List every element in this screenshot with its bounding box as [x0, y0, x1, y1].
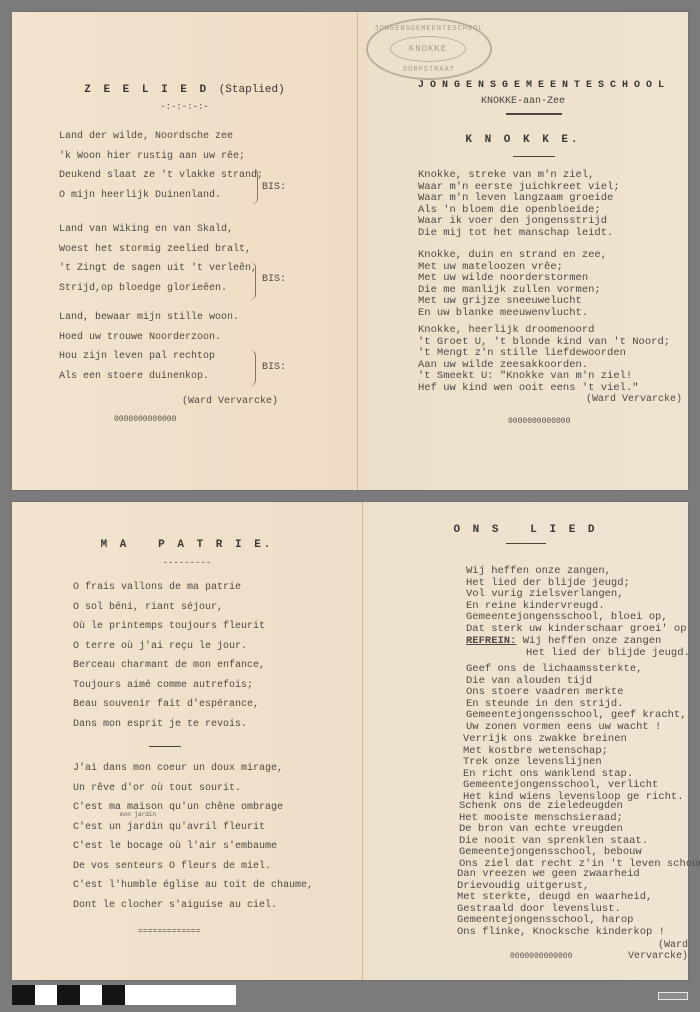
verse-line: Waar m'n leven langzaam groeide [418, 193, 620, 205]
separator [149, 746, 181, 747]
scale-marker [658, 992, 688, 1000]
poem-title: M A P A T R I E. [12, 539, 362, 551]
verse-line: Die mij tot het manschap leidt. [418, 228, 620, 240]
color-scale-strip [12, 985, 236, 1005]
bis-label: BIS: [262, 182, 286, 193]
bis-brace [250, 262, 256, 300]
scale-white-block [35, 985, 57, 1005]
verse-line: Hef uw kind wen ooit eens 't viel." [418, 383, 670, 395]
bis-label: BIS: [262, 274, 286, 285]
verse-line: C'est le bocage où l'air s'embaume [73, 837, 313, 857]
verse-line: Knokke, duin en strand en zee, [418, 250, 607, 262]
stanza: Knokke, heerlijk droomenoord 't Groet U,… [418, 325, 670, 394]
verse-line: Un rêve d'or où tout sourit. [73, 779, 313, 799]
verse-line: Knokke, streke van m'n ziel, [418, 170, 620, 182]
verse-line: Dat sterk uw kinderschaar groei' op [466, 624, 687, 636]
verse-line: Vol vurig zielsverlangen, [466, 589, 687, 601]
verse-line: Gemeentejongensschool, verlicht [463, 780, 684, 792]
stanza: O frais vallons de ma patrie O sol béni,… [73, 578, 265, 734]
scale-white-bar [125, 985, 236, 1005]
verse-line: Dont le clocher s'aiguise au ciel. [73, 896, 313, 916]
stanza: Wij heffen onze zangen, Het lied der bli… [466, 566, 687, 635]
verse-line: Deukend slaat ze 't vlakke strand; [59, 166, 263, 186]
verse-line: Met sterkte, deugd en waarheid, [457, 892, 665, 904]
stanza: Schenk ons de zieledeugden Het mooiste m… [459, 801, 700, 870]
verse-line: C'est l'humble église au toit de chaume, [73, 876, 313, 896]
bis-label: BIS: [262, 362, 286, 373]
end-mark: 0000000000000 [508, 417, 570, 426]
top-sheet: Z E E L I E D (Staplied) -:-:-:-:- Land … [12, 12, 688, 490]
stanza: Knokke, duin en strand en zee, Met uw ma… [418, 250, 607, 319]
bis-brace [250, 350, 256, 386]
verse-line: Wij heffen onze zangen [523, 635, 662, 647]
stanza: Verrijk ons zwakke breinen Met kostbre w… [463, 734, 684, 803]
refrain-label: REFREIN: [466, 635, 516, 647]
bottom-sheet: M A P A T R I E. --------- O frais vallo… [12, 502, 688, 980]
end-mark: 0000000000000 [510, 952, 572, 961]
scale-black-block [102, 985, 125, 1005]
verse-line: Berceau charmant de mon enfance, [73, 656, 265, 676]
verse-line: Gemeentejongensschool, bebouw [459, 847, 700, 859]
subtitle-text: (Staplied) [219, 84, 285, 96]
verse-line: Beau souvenir fait d'espérance, [73, 695, 265, 715]
verse-line: Ons stoere vaadren merkte [466, 687, 687, 699]
verse-line: C'est un jardin qu'avril fleurit [73, 818, 313, 838]
scale-black-block [57, 985, 80, 1005]
poem-title: O N S L I E D [363, 524, 688, 536]
verse-line: Hou zijn leven pal rechtop [59, 347, 239, 367]
verse-line: Het lied der blijde jeugd. [466, 648, 690, 660]
stamp-center-text: KNOKKE [390, 36, 466, 62]
verse-line: Schenk ons de zieledeugden [459, 801, 700, 813]
verse-line: Où le printemps toujours fleurit [73, 617, 265, 637]
verse-line: Land, bewaar mijn stille woon. [59, 308, 239, 328]
divider: -:-:-:-:- [12, 102, 357, 112]
bis-brace [252, 168, 258, 204]
verse-line: Met uw grijze sneeuwelucht [418, 296, 607, 308]
author: (Ward Vervarcke) [586, 394, 682, 405]
underline [506, 113, 562, 115]
divider: --------- [12, 558, 362, 568]
verse-line: Geef ons de lichaamssterkte, [466, 664, 687, 676]
verse-line: Trek onze levenslijnen [463, 757, 684, 769]
verse-line: Gemeentejongensschool, harop [457, 915, 665, 927]
verse-line: Waar ik voer den jongensstrijd [418, 216, 620, 228]
scale-white-block [80, 985, 102, 1005]
verse-line: O frais vallons de ma patrie [73, 578, 265, 598]
stanza: Land der wilde, Noordsche zee 'k Woon hi… [59, 127, 263, 205]
stanza: Land, bewaar mijn stille woon. Hoed uw t… [59, 308, 239, 386]
title-text: Z E E L I E D [84, 84, 209, 96]
verse-line: Hoed uw trouwe Noorderzoon. [59, 328, 239, 348]
verse-line: De vos senteurs O fleurs de miel. [73, 857, 313, 877]
verse-line: Toujours aimé comme autrefois; [73, 676, 265, 696]
school-name: J O N G E N S G E M E E N T E S C H O O … [418, 80, 664, 91]
verse-line: Dans mon esprit je te revois. [73, 715, 265, 735]
verse-line: Land van Wiking en van Skald, [59, 220, 257, 240]
page-ma-patrie: M A P A T R I E. --------- O frais vallo… [12, 502, 362, 980]
verse-line: Strijd,op bloedge glorieêen. [59, 279, 257, 299]
verse-line: O sol béni, riant séjour, [73, 598, 265, 618]
underline [513, 156, 555, 157]
stanza: Land van Wiking en van Skald, Woest het … [59, 220, 257, 298]
verse-line: Verrijk ons zwakke breinen [463, 734, 684, 746]
page-zeelied: Z E E L I E D (Staplied) -:-:-:-:- Land … [12, 12, 357, 490]
verse-line: Woest het stormig zeelied bralt, [59, 240, 257, 260]
author: (Ward Vervarcke) [182, 396, 278, 407]
verse-line: 't Zingt de sagen uit 't verleên, [59, 259, 257, 279]
verse-line: Als een stoere duinenkop. [59, 367, 239, 387]
verse-line: Gemeentejongensschool, geef kracht, [466, 710, 687, 722]
page-ons-lied: O N S L I E D Wij heffen onze zangen, He… [363, 502, 688, 980]
verse-line: En uw blanke meeuwenvlucht. [418, 308, 607, 320]
verse-line: Gemeentejongensschool, bloei op, [466, 612, 687, 624]
stamp-top-text: JONGENSGEMEENTESCHOOL [368, 23, 490, 36]
verse-line: O terre où j'ai reçu le jour. [73, 637, 265, 657]
verse-line: 'k Woon hier rustig aan uw rêe; [59, 147, 263, 167]
stanza: Geef ons de lichaamssterkte, Die van alo… [466, 664, 687, 733]
verse-line: J'ai dans mon coeur un doux mirage, [73, 759, 313, 779]
stamp-bottom-text: DORPSTRAAT [368, 64, 490, 77]
verse-line: Ons flinke, Knocksche kinderkop ! [457, 927, 665, 939]
verse-line: De bron van echte vreugden [459, 824, 700, 836]
verse-line: 't Smeekt U: "Knokke van m'n ziel! [418, 371, 670, 383]
place-name: KNOKKE-aan-Zee [358, 96, 688, 107]
underline [506, 543, 546, 544]
end-mark: 0000000000000 [114, 415, 176, 424]
stanza: Dan vreezen we geen zwaarheid Drievoudig… [457, 869, 665, 938]
verse-line: Dan vreezen we geen zwaarheid [457, 869, 665, 881]
stanza: J'ai dans mon coeur un doux mirage, Un r… [73, 759, 313, 915]
verse-line: C'est ma maison qu'un chêne ombrage [73, 798, 313, 818]
verse-line: Knokke, heerlijk droomenoord [418, 325, 670, 337]
scale-black-block [12, 985, 35, 1005]
verse-line: O mijn heerlijk Duinenland. [59, 186, 263, 206]
stanza: Knokke, streke van m'n ziel, Waar m'n ee… [418, 170, 620, 239]
poem-title: Z E E L I E D (Staplied) [12, 84, 357, 96]
author: (Ward Vervarcke) [596, 940, 688, 962]
end-mark: ============= [138, 927, 200, 936]
handwritten-correction: mon jardin [120, 811, 156, 818]
page-knokke: JONGENSGEMEENTESCHOOL KNOKKE DORPSTRAAT … [358, 12, 688, 490]
poem-title: K N O K K E. [358, 134, 688, 146]
verse-line: Uw zonen vormen eens uw wacht ! [466, 722, 687, 734]
verse-line: 't Mengt z'n stille liefdewoorden [418, 348, 670, 360]
refrain: REFREIN: Wij heffen onze zangen Het lied… [466, 636, 690, 659]
verse-line: Wij heffen onze zangen, [466, 566, 687, 578]
verse-line: Land der wilde, Noordsche zee [59, 127, 263, 147]
verse-line: Met uw wilde noorderstormen [418, 273, 607, 285]
school-stamp: JONGENSGEMEENTESCHOOL KNOKKE DORPSTRAAT [366, 18, 492, 80]
